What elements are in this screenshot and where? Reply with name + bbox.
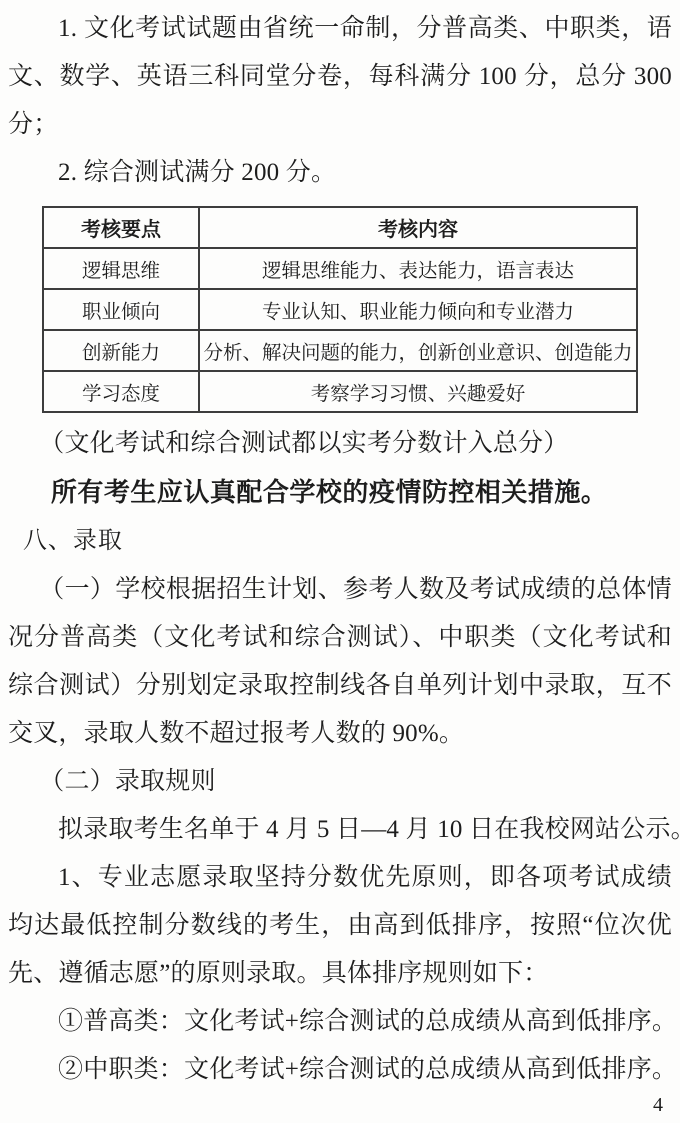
- table-cell-content: 专业认知、职业能力倾向和专业潜力: [199, 289, 637, 330]
- table-row: 学习态度 考察学习习惯、兴趣爱好: [43, 371, 637, 412]
- para-rule-zhongzhi-sort: ②中职类：文化考试+综合测试的总成绩从高到低排序。: [8, 1046, 672, 1094]
- section-heading-admission: 八、录取: [8, 516, 672, 566]
- para-shortlist-publicity: 拟录取考生名单于 4 月 5 日—4 月 10 日在我校网站公示。: [8, 806, 672, 854]
- table-cell-key-point: 创新能力: [43, 330, 199, 371]
- table-row: 逻辑思维 逻辑思维能力、表达能力，语言表达: [43, 248, 637, 289]
- assessment-table: 考核要点 考核内容 逻辑思维 逻辑思维能力、表达能力，语言表达 职业倾向 专业认…: [42, 206, 638, 413]
- para-culture-exam: 1. 文化考试试题由省统一命制，分普高类、中职类，语文、数学、英语三科同堂分卷，…: [8, 5, 672, 149]
- table-header-content: 考核内容: [199, 207, 637, 248]
- table-row: 创新能力 分析、解决问题的能力，创新创业意识、创造能力: [43, 330, 637, 371]
- para-rule-score-priority: 1、专业志愿录取坚持分数优先原则，即各项考试成绩均达最低控制分数线的考生，由高到…: [8, 854, 672, 998]
- notice-epidemic-prevention: 所有考生应认真配合学校的疫情防控相关措施。: [8, 468, 672, 516]
- document-page: 1. 文化考试试题由省统一命制，分普高类、中职类，语文、数学、英语三科同堂分卷，…: [0, 0, 680, 1123]
- para-admission-control-line: （一）学校根据招生计划、参考人数及考试成绩的总体情况分普高类（文化考试和综合测试…: [8, 566, 672, 758]
- para-rule-putong-sort: ①普高类：文化考试+综合测试的总成绩从高到低排序。: [8, 998, 672, 1046]
- table-cell-content: 逻辑思维能力、表达能力，语言表达: [199, 248, 637, 289]
- table-cell-content: 分析、解决问题的能力，创新创业意识、创造能力: [199, 330, 637, 371]
- para-admission-rules-heading: （二）录取规则: [8, 758, 672, 806]
- page-number: 4: [653, 1094, 663, 1117]
- table-row: 职业倾向 专业认知、职业能力倾向和专业潜力: [43, 289, 637, 330]
- table-header-row: 考核要点 考核内容: [43, 207, 637, 248]
- table-cell-key-point: 逻辑思维: [43, 248, 199, 289]
- para-comprehensive-score: 2. 综合测试满分 200 分。: [8, 149, 672, 197]
- table-cell-content: 考察学习习惯、兴趣爱好: [199, 371, 637, 412]
- note-scores-counted: （文化考试和综合测试都以实考分数计入总分）: [8, 420, 672, 468]
- table-cell-key-point: 职业倾向: [43, 289, 199, 330]
- table-cell-key-point: 学习态度: [43, 371, 199, 412]
- table-header-key-points: 考核要点: [43, 207, 199, 248]
